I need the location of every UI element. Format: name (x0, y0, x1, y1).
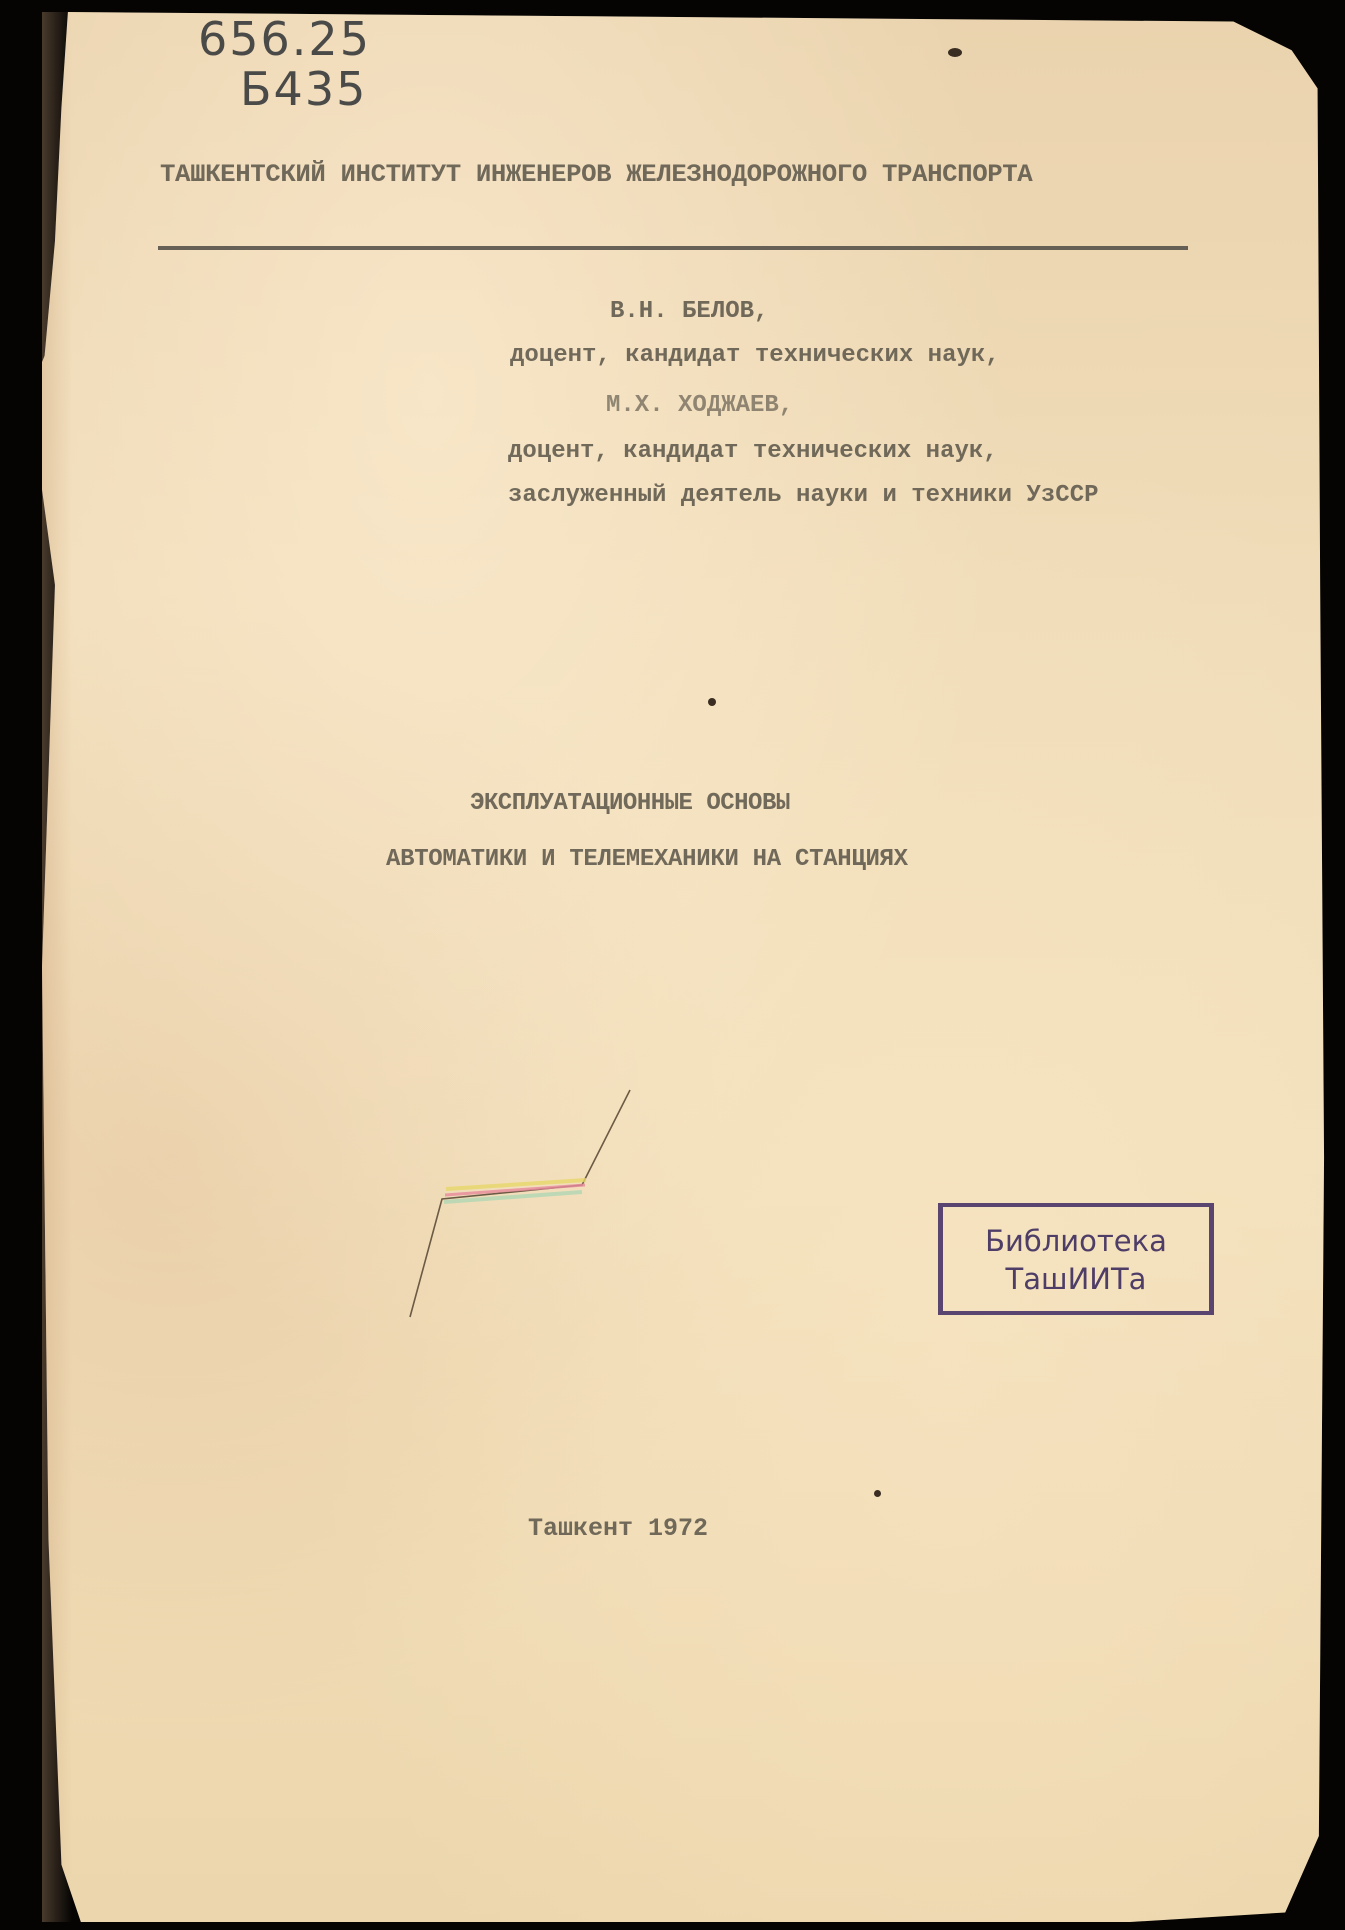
institute-name: ТАШКЕНТСКИЙ ИНСТИТУТ ИНЖЕНЕРОВ ЖЕЛЕЗНОДО… (160, 160, 1032, 189)
title-line-1: ЭКСПЛУАТАЦИОННЫЕ ОСНОВЫ (470, 790, 790, 817)
library-stamp: Библиотека ТашИИТа (938, 1203, 1214, 1315)
author-2-name: М.Х. ХОДЖАЕВ, (606, 392, 793, 419)
author-1-name: В.Н. БЕЛОВ, (610, 298, 768, 325)
ink-spot (708, 698, 716, 706)
shelfmark-author-code: Б435 (198, 64, 371, 114)
ink-spot (948, 48, 962, 57)
header-rule (158, 246, 1188, 250)
imprint-place-year: Ташкент 1972 (528, 1514, 708, 1543)
pencil-mark (390, 1085, 640, 1325)
handwritten-shelfmark: 656.25 Б435 (198, 14, 371, 114)
author-2-affiliation-2: заслуженный деятель науки и техники УзСС… (508, 482, 1099, 509)
title-line-2: АВТОМАТИКИ И ТЕЛЕМЕХАНИКИ НА СТАНЦИЯХ (386, 846, 908, 873)
stamp-line-2: ТашИИТа (943, 1260, 1209, 1298)
author-1-affiliation: доцент, кандидат технических наук, (510, 342, 1000, 369)
stamp-line-1: Библиотека (943, 1222, 1209, 1260)
shelfmark-classification: 656.25 (198, 14, 371, 64)
ink-spot (874, 1490, 881, 1497)
author-2-affiliation-1: доцент, кандидат технических наук, (508, 438, 998, 465)
